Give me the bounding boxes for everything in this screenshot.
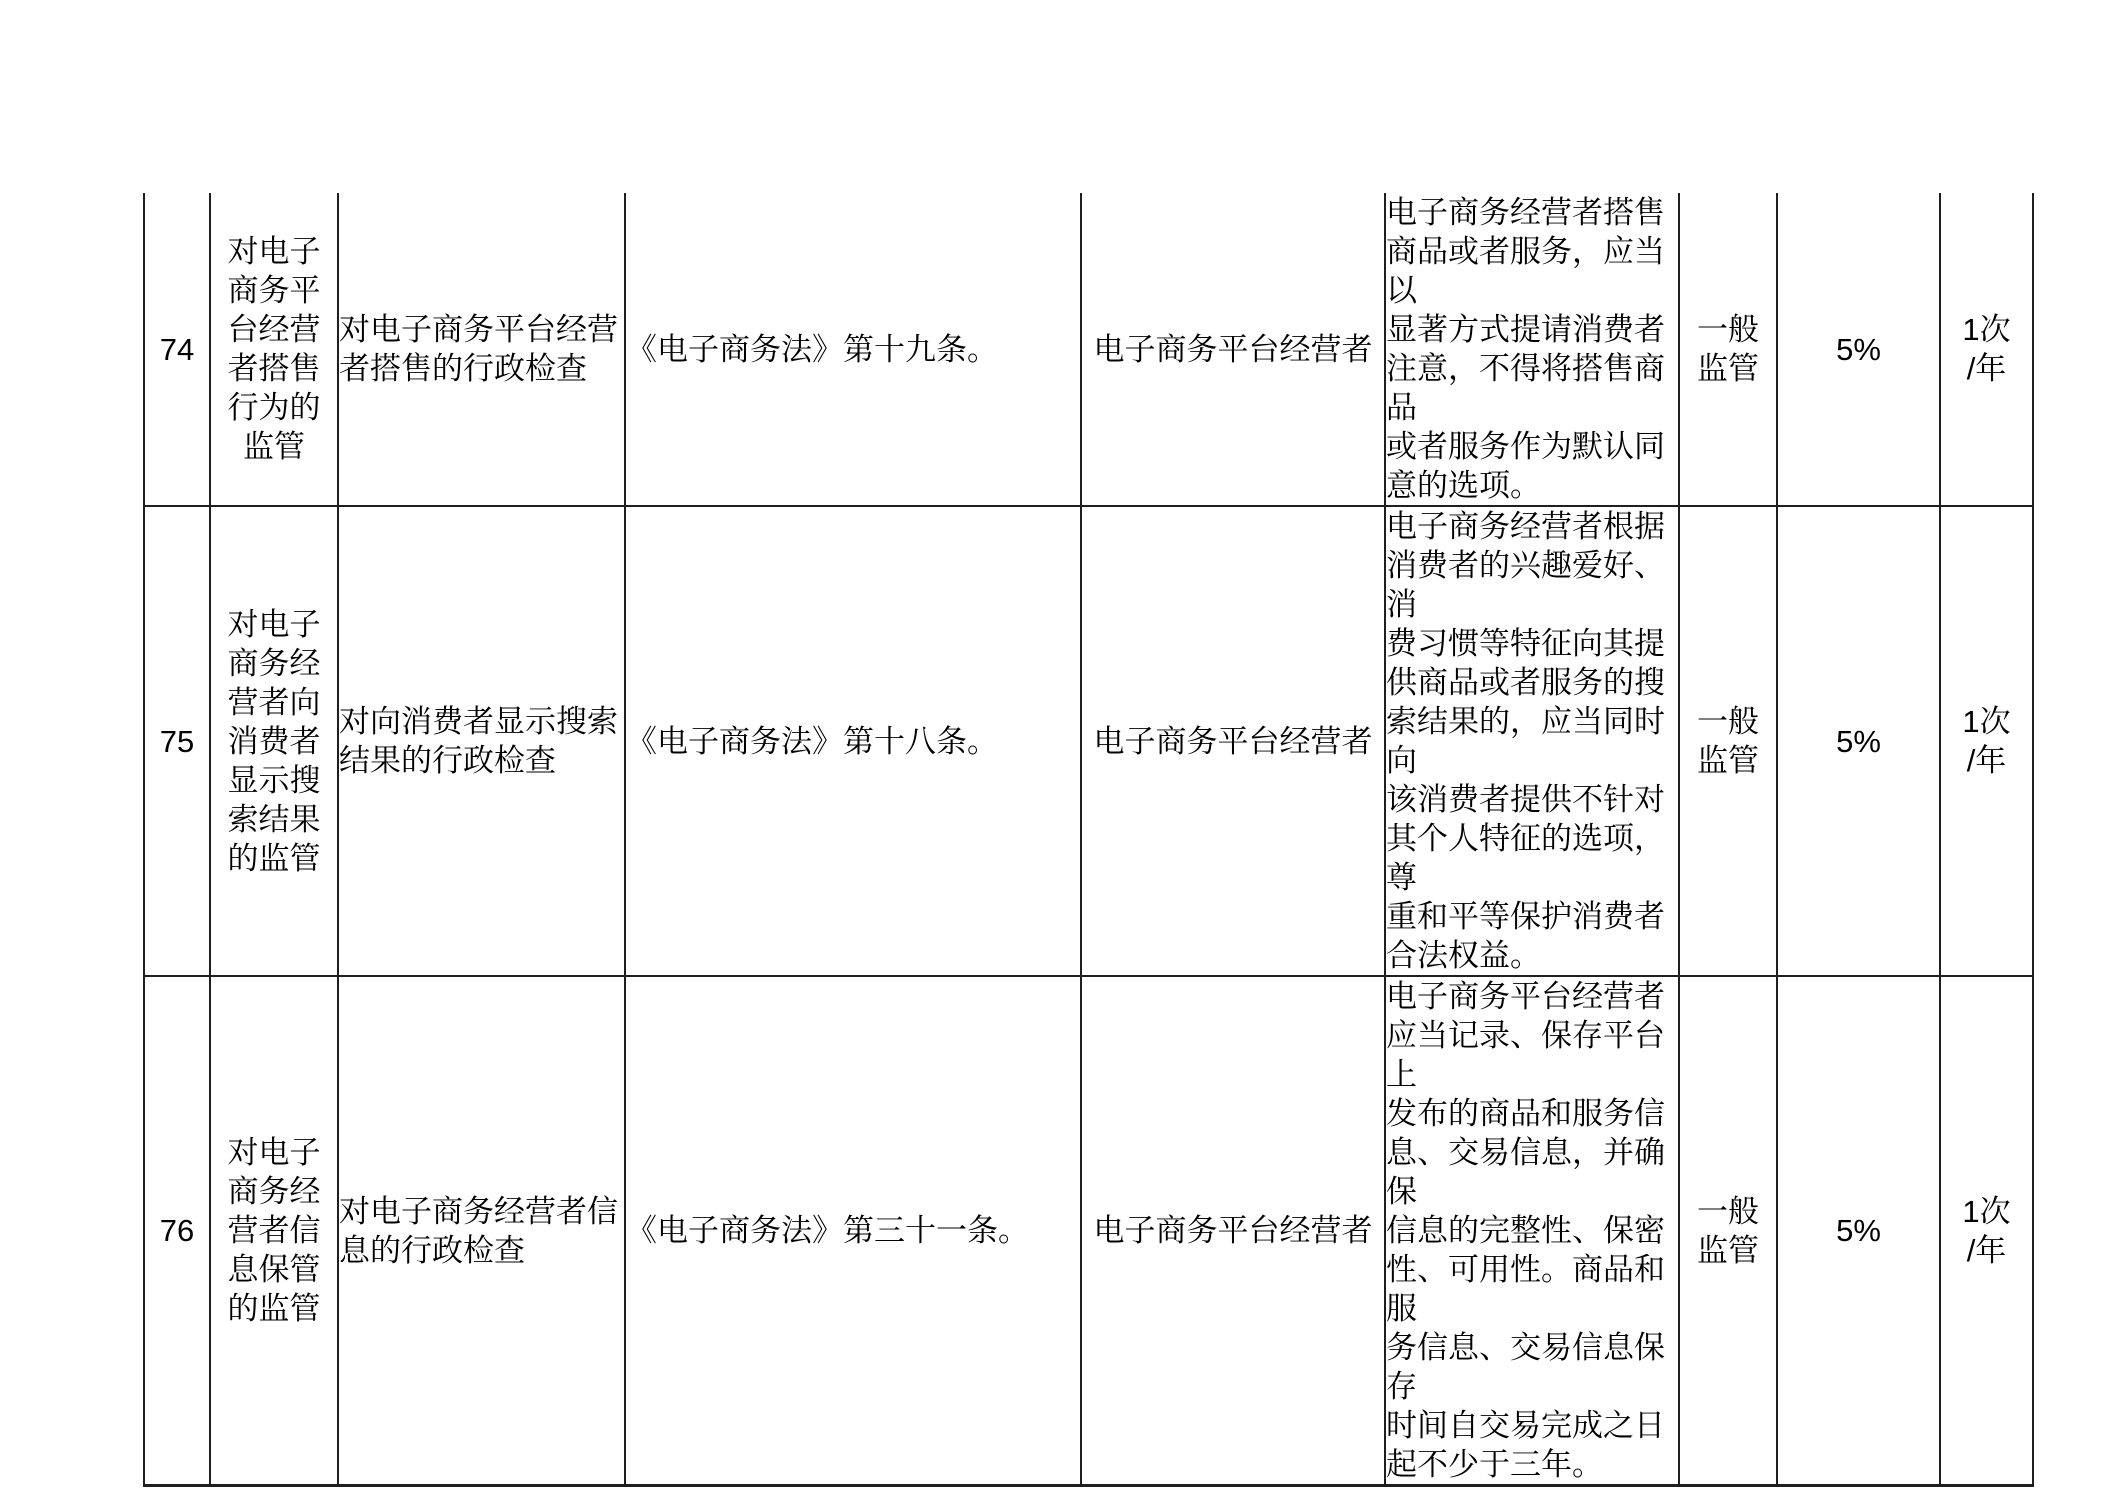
regulation-table: 74 对电子 商务平 台经营 者搭售 行为的 监管 对电子商务平台经营 者搭售的… xyxy=(143,193,2034,1487)
inspection-ratio-cell: 5% xyxy=(1777,976,1940,1486)
row-number-cell: 76 xyxy=(144,976,210,1486)
inspection-name-cell: 对电子商务经营者信 息的行政检查 xyxy=(338,976,625,1486)
inspection-ratio-cell: 5% xyxy=(1777,193,1940,506)
legal-basis-cell: 《电子商务法》第十八条。 xyxy=(625,506,1081,976)
supervision-item-cell: 对电子 商务平 台经营 者搭售 行为的 监管 xyxy=(210,193,338,506)
table-row: 74 对电子 商务平 台经营 者搭售 行为的 监管 对电子商务平台经营 者搭售的… xyxy=(144,193,2033,506)
table-row: 75 对电子 商务经 营者向 消费者 显示搜 索结果 的监管 对向消费者显示搜索… xyxy=(144,506,2033,976)
inspection-target-cell: 电子商务平台经营者 xyxy=(1081,193,1385,506)
inspection-frequency-cell: 1次 /年 xyxy=(1940,976,2033,1486)
legal-basis-cell: 《电子商务法》第三十一条。 xyxy=(625,976,1081,1486)
supervision-category-cell: 一般 监管 xyxy=(1679,193,1777,506)
supervision-category-cell: 一般 监管 xyxy=(1679,976,1777,1486)
inspection-name-cell: 对电子商务平台经营 者搭售的行政检查 xyxy=(338,193,625,506)
inspection-target-cell: 电子商务平台经营者 xyxy=(1081,976,1385,1486)
content-description-cell: 电子商务经营者根据 消费者的兴趣爱好、消 费习惯等特征向其提 供商品或者服务的搜… xyxy=(1385,506,1679,976)
legal-basis-cell: 《电子商务法》第十九条。 xyxy=(625,193,1081,506)
content-description-cell: 电子商务经营者搭售 商品或者服务，应当以 显著方式提请消费者 注意，不得将搭售商… xyxy=(1385,193,1679,506)
table-row: 76 对电子 商务经 营者信 息保管 的监管 对电子商务经营者信 息的行政检查 … xyxy=(144,976,2033,1486)
supervision-category-cell: 一般 监管 xyxy=(1679,506,1777,976)
row-number-cell: 74 xyxy=(144,193,210,506)
supervision-item-cell: 对电子 商务经 营者信 息保管 的监管 xyxy=(210,976,338,1486)
content-description-cell: 电子商务平台经营者 应当记录、保存平台上 发布的商品和服务信 息、交易信息，并确… xyxy=(1385,976,1679,1486)
inspection-frequency-cell: 1次 /年 xyxy=(1940,506,2033,976)
inspection-ratio-cell: 5% xyxy=(1777,506,1940,976)
inspection-frequency-cell: 1次 /年 xyxy=(1940,193,2033,506)
supervision-item-cell: 对电子 商务经 营者向 消费者 显示搜 索结果 的监管 xyxy=(210,506,338,976)
row-number-cell: 75 xyxy=(144,506,210,976)
inspection-target-cell: 电子商务平台经营者 xyxy=(1081,506,1385,976)
document-page: 74 对电子 商务平 台经营 者搭售 行为的 监管 对电子商务平台经营 者搭售的… xyxy=(0,0,2104,1488)
inspection-name-cell: 对向消费者显示搜索 结果的行政检查 xyxy=(338,506,625,976)
